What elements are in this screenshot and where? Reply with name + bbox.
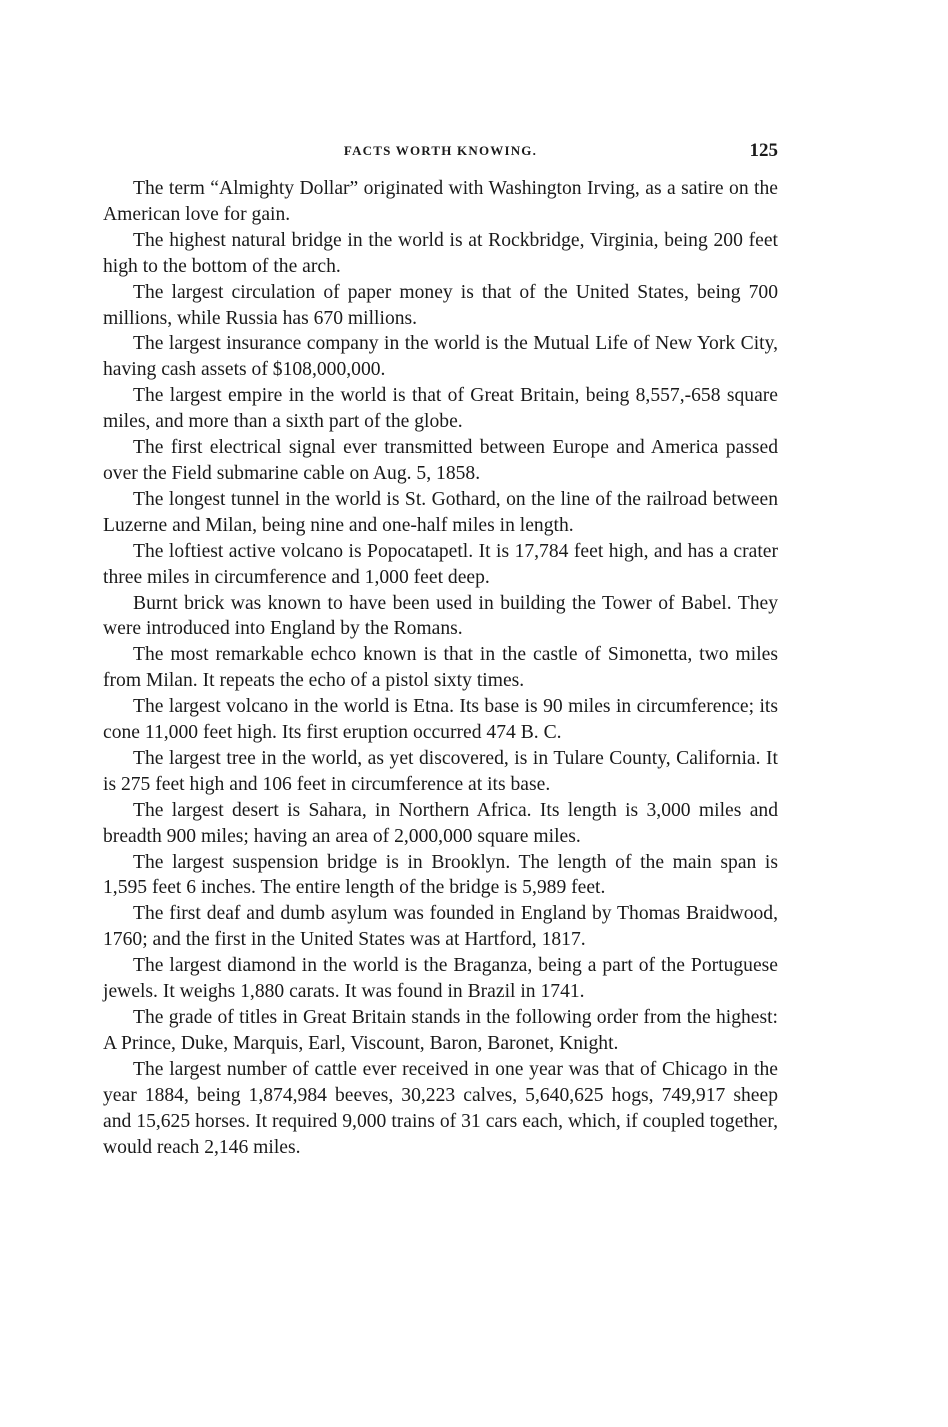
paragraph: The largest tree in the world, as yet di…	[103, 746, 778, 798]
paragraph: The largest circulation of paper money i…	[103, 280, 778, 332]
book-page: FACTS WORTH KNOWING. 125 The term “Almig…	[103, 140, 778, 1160]
paragraph: The term “Almighty Dollar” originated wi…	[103, 176, 778, 228]
paragraph: The first deaf and dumb asylum was found…	[103, 901, 778, 953]
paragraph: The grade of titles in Great Britain sta…	[103, 1005, 778, 1057]
paragraph: The longest tunnel in the world is St. G…	[103, 487, 778, 539]
paragraph: The largest diamond in the world is the …	[103, 953, 778, 1005]
paragraph: The largest insurance company in the wor…	[103, 331, 778, 383]
page-header: FACTS WORTH KNOWING. 125	[103, 140, 778, 166]
paragraph: The largest desert is Sahara, in Norther…	[103, 798, 778, 850]
paragraph: Burnt brick was known to have been used …	[103, 591, 778, 643]
paragraph: The first electrical signal ever transmi…	[103, 435, 778, 487]
running-head: FACTS WORTH KNOWING.	[103, 143, 778, 159]
paragraph: The most remarkable echco known is that …	[103, 642, 778, 694]
body-text: The term “Almighty Dollar” originated wi…	[103, 176, 778, 1160]
paragraph: The loftiest active volcano is Popocatap…	[103, 539, 778, 591]
page-number: 125	[750, 140, 779, 162]
paragraph: The highest natural bridge in the world …	[103, 228, 778, 280]
paragraph: The largest suspension bridge is in Broo…	[103, 850, 778, 902]
paragraph: The largest empire in the world is that …	[103, 383, 778, 435]
paragraph: The largest number of cattle ever receiv…	[103, 1057, 778, 1161]
paragraph: The largest volcano in the world is Etna…	[103, 694, 778, 746]
